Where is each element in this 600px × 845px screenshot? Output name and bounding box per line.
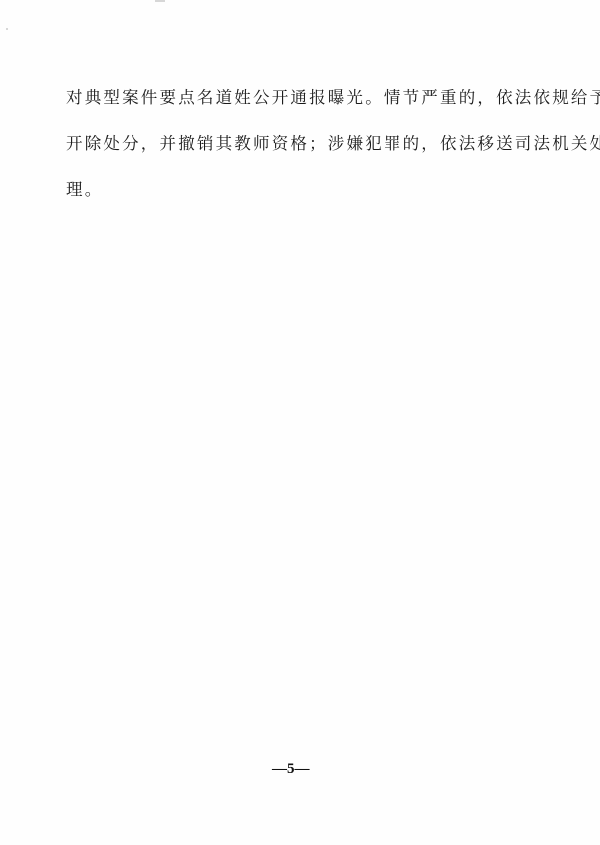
page-number: —5—: [272, 761, 310, 778]
document-page: 对典型案件要点名道姓公开通报曝光。情节严重的，依法依规给予 开除处分，并撤销其教…: [0, 0, 600, 845]
scan-artifact: [155, 0, 165, 2]
paragraph-line: 对典型案件要点名道姓公开通报曝光。情节严重的，依法依规给予: [66, 90, 536, 106]
paragraph-line: 理。: [66, 182, 536, 198]
paragraph-line: 开除处分，并撤销其教师资格；涉嫌犯罪的，依法移送司法机关处: [66, 136, 536, 152]
body-paragraph: 对典型案件要点名道姓公开通报曝光。情节严重的，依法依规给予 开除处分，并撤销其教…: [66, 90, 536, 228]
scan-artifact: [6, 28, 8, 30]
